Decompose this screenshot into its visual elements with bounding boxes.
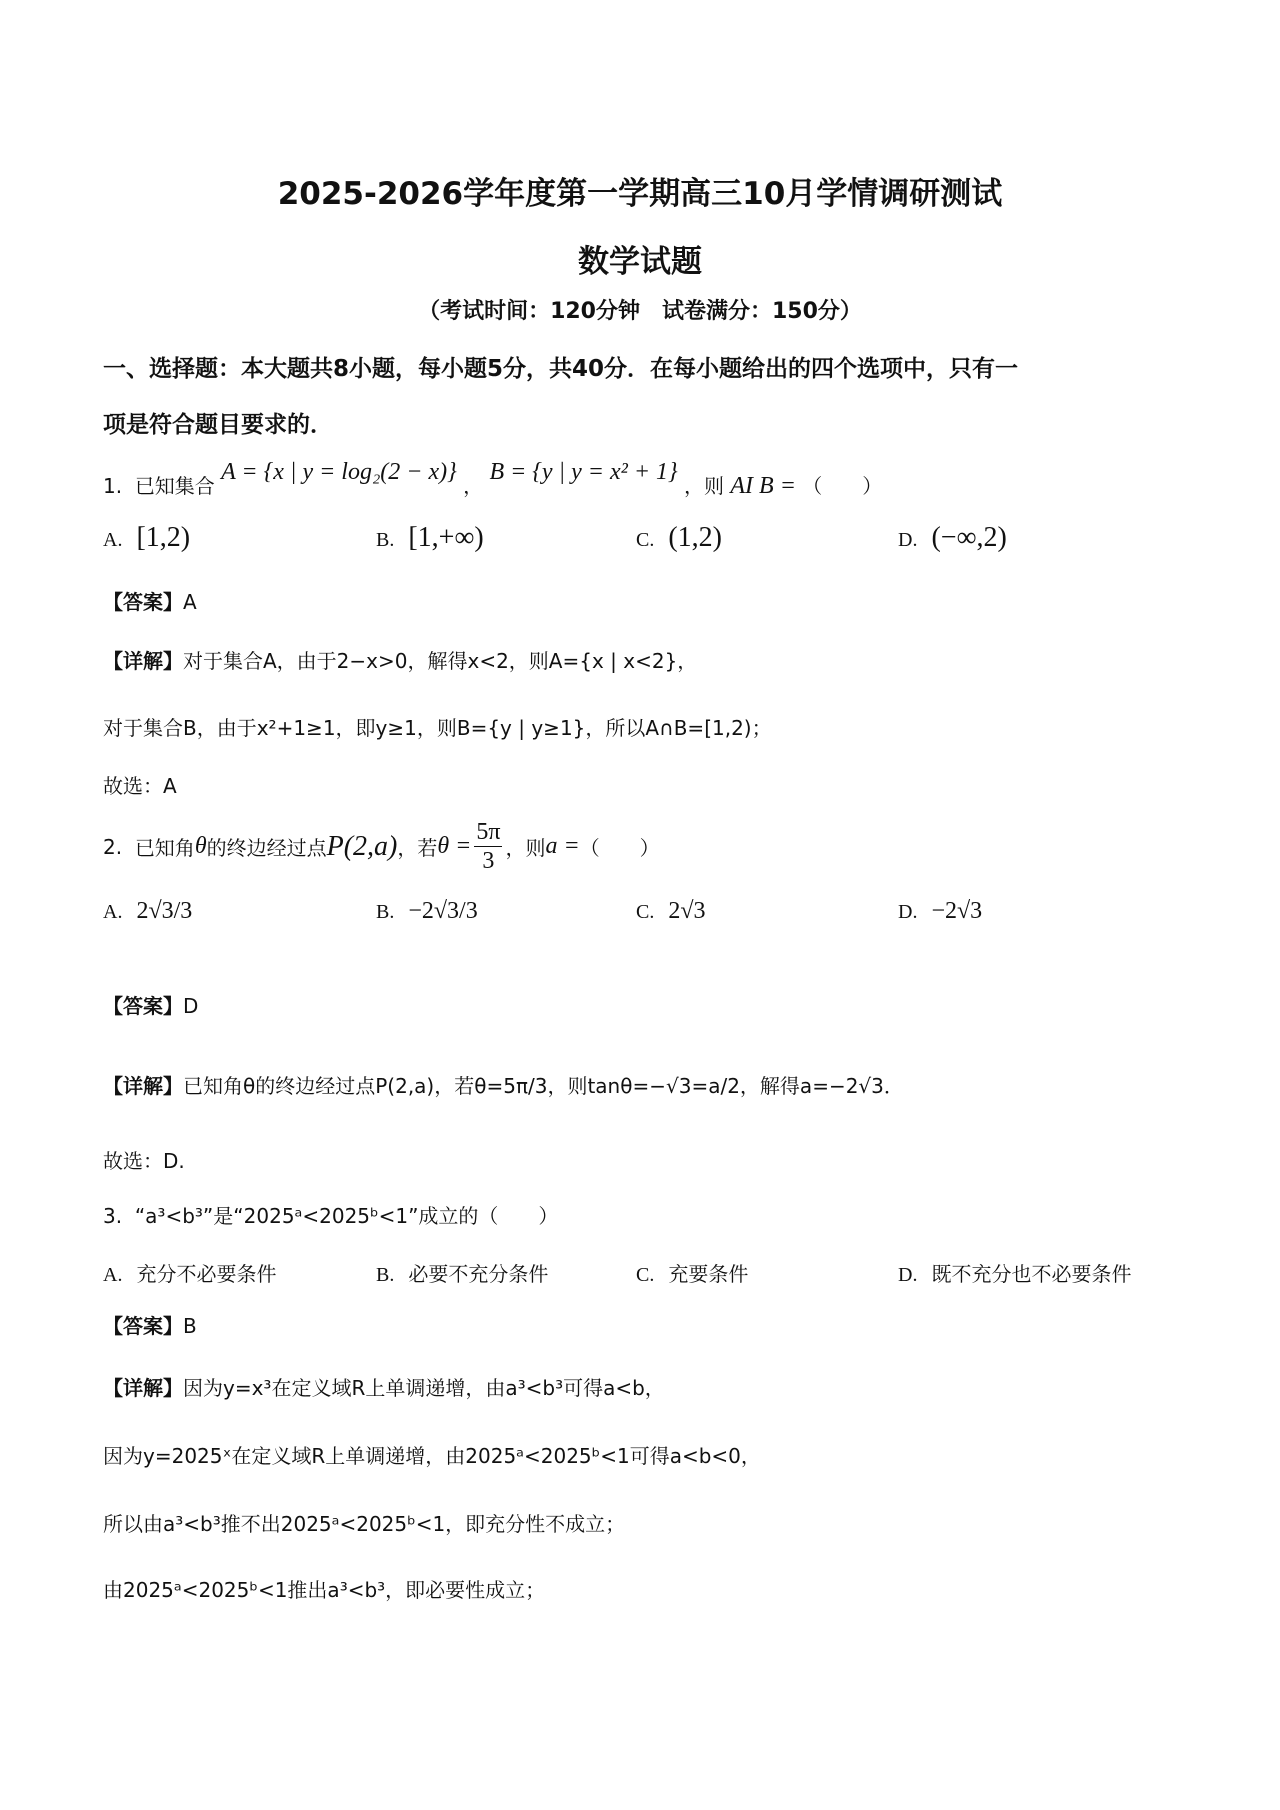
option-value: (1,2) [668, 522, 722, 553]
question-3-answer: 【答案】B [103, 1310, 197, 1339]
question-2-option-a: A.2√3/3 [103, 898, 192, 925]
detail-tag: 【详解】 [103, 1074, 183, 1098]
option-value: 充要条件 [668, 1262, 748, 1286]
query-expression: AI B = [730, 473, 796, 499]
question-1-detail-line1: 【详解】对于集合A，由于2−x>0，解得x<2，则A={x | x<2}， [103, 645, 697, 674]
detail-text: 因为y=x³在定义域R上单调递增，由a³<b³可得a<b， [183, 1376, 665, 1400]
question-2-stem: 2. 已知角 θ 的终边经过点 P(2,a) ，若 θ = 5π 3 ，则 a … [103, 818, 660, 875]
option-value: 2√3/3 [136, 898, 192, 924]
section-heading-line2: 项是符合题目要求的． [103, 406, 333, 439]
question-2-option-d: D.−2√3 [898, 898, 982, 925]
detail-text: 已知角θ的终边经过点P(2,a)，若θ=5π/3，则tanθ=−√3=a/2，解… [183, 1074, 904, 1098]
question-3-detail-line3: 所以由a³<b³推不出2025ᵃ<2025ᵇ<1，即充分性不成立； [103, 1508, 625, 1537]
exam-page: 2025-2026学年度第一学期高三10月学情调研测试 数学试题 （考试时间：1… [0, 0, 1280, 1810]
option-value: −2√3/3 [408, 898, 477, 924]
answer-value: A [183, 590, 197, 614]
answer-value: B [183, 1314, 197, 1338]
question-2-answer: 【答案】D [103, 990, 198, 1019]
exam-subtitle: 数学试题 [0, 236, 1280, 281]
stem-text: ，若 [397, 832, 437, 861]
option-label: C. [636, 529, 654, 551]
option-label: C. [636, 1264, 654, 1286]
option-label: D. [898, 529, 917, 551]
option-value: 必要不充分条件 [408, 1262, 548, 1286]
stem-text: 已知角 [135, 832, 195, 861]
fraction-denominator: 3 [482, 847, 494, 875]
exam-title: 2025-2026学年度第一学期高三10月学情调研测试 [0, 168, 1280, 213]
question-2-option-c: C.2√3 [636, 898, 706, 925]
option-label: D. [898, 901, 917, 923]
option-label: A. [103, 901, 122, 923]
option-value: −2√3 [931, 898, 982, 924]
theta-symbol: θ [195, 833, 207, 860]
option-value: [1,2) [136, 522, 190, 553]
set-b-definition: B = {y | y = x² + 1} [489, 459, 677, 485]
question-3-option-b: B.必要不充分条件 [376, 1258, 548, 1287]
option-label: D. [898, 1264, 917, 1286]
stem-text: ，则 [505, 832, 545, 861]
variable-a: a = [545, 833, 579, 860]
question-3-option-d: D.既不充分也不必要条件 [898, 1258, 1131, 1287]
question-1-detail-line2: 对于集合B，由于x²+1≥1，即y≥1，则B={y | y≥1}，所以A∩B=[… [103, 712, 772, 741]
set-a-definition: A = {x | y = log₂(2 − x)} [221, 459, 457, 485]
stem-text: 已知集合 [135, 474, 215, 498]
question-number: 1. [103, 474, 122, 498]
detail-tag: 【详解】 [103, 1376, 183, 1400]
detail-text: 对于集合A，由于2−x>0，解得x<2，则A={x | x<2}， [183, 649, 697, 673]
question-number: 2. [103, 835, 122, 859]
section-heading-line1: 一、选择题：本大题共8小题，每小题5分，共40分．在每小题给出的四个选项中，只有… [103, 350, 1018, 383]
detail-tag: 【详解】 [103, 649, 183, 673]
answer-blank: （ ） [580, 832, 660, 861]
theta-equals: θ = [437, 833, 471, 860]
question-2-option-b: B.−2√3/3 [376, 898, 478, 925]
question-2-detail: 【详解】已知角θ的终边经过点P(2,a)，若θ=5π/3，则tanθ=−√3=a… [103, 1070, 904, 1099]
option-value: [1,+∞) [408, 522, 483, 553]
option-label: B. [376, 901, 394, 923]
separator: ， [463, 474, 483, 498]
answer-blank: （ ） [802, 474, 882, 498]
question-1-option-a: A.[1,2) [103, 522, 190, 554]
option-label: B. [376, 529, 394, 551]
option-value: 2√3 [668, 898, 705, 924]
question-1-option-c: C.(1,2) [636, 522, 722, 554]
option-label: A. [103, 1264, 122, 1286]
question-3-detail-line1: 【详解】因为y=x³在定义域R上单调递增，由a³<b³可得a<b， [103, 1372, 665, 1401]
question-3-stem: 3. “a³<b³”是“2025ᵃ<2025ᵇ<1”成立的（ ） [103, 1200, 558, 1229]
question-2-conclusion: 故选：D. [103, 1145, 185, 1174]
option-value: 充分不必要条件 [136, 1262, 276, 1286]
answer-value: D [183, 994, 198, 1018]
fraction-5pi-over-3: 5π 3 [474, 818, 502, 875]
question-1-stem: 1. 已知集合 A = {x | y = log₂(2 − x)} ， B = … [103, 470, 882, 500]
question-number: 3. [103, 1204, 122, 1228]
question-3-option-c: C.充要条件 [636, 1258, 748, 1287]
stem-text: ，则 [684, 474, 724, 498]
question-3-detail-line4: 由2025ᵃ<2025ᵇ<1推出a³<b³，即必要性成立； [103, 1574, 545, 1603]
option-value: (−∞,2) [931, 522, 1006, 553]
question-3-detail-line2: 因为y=2025ˣ在定义域R上单调递增，由2025ᵃ<2025ᵇ<1可得a<b<… [103, 1440, 761, 1469]
question-1-option-b: B.[1,+∞) [376, 522, 484, 554]
point-expression: P(2,a) [327, 831, 398, 863]
option-value: 既不充分也不必要条件 [931, 1262, 1131, 1286]
answer-tag: 【答案】 [103, 590, 183, 614]
question-3-option-a: A.充分不必要条件 [103, 1258, 276, 1287]
answer-tag: 【答案】 [103, 1314, 183, 1338]
question-1-conclusion: 故选：A [103, 770, 177, 799]
fraction-numerator: 5π [474, 818, 502, 847]
question-1-option-d: D.(−∞,2) [898, 522, 1007, 554]
stem-text: “a³<b³”是“2025ᵃ<2025ᵇ<1”成立的（ ） [135, 1204, 559, 1228]
question-1-answer: 【答案】A [103, 586, 197, 615]
stem-text: 的终边经过点 [207, 832, 327, 861]
option-label: C. [636, 901, 654, 923]
answer-tag: 【答案】 [103, 994, 183, 1018]
option-label: B. [376, 1264, 394, 1286]
exam-info: （考试时间：120分钟 试卷满分：150分） [0, 294, 1280, 325]
option-label: A. [103, 529, 122, 551]
